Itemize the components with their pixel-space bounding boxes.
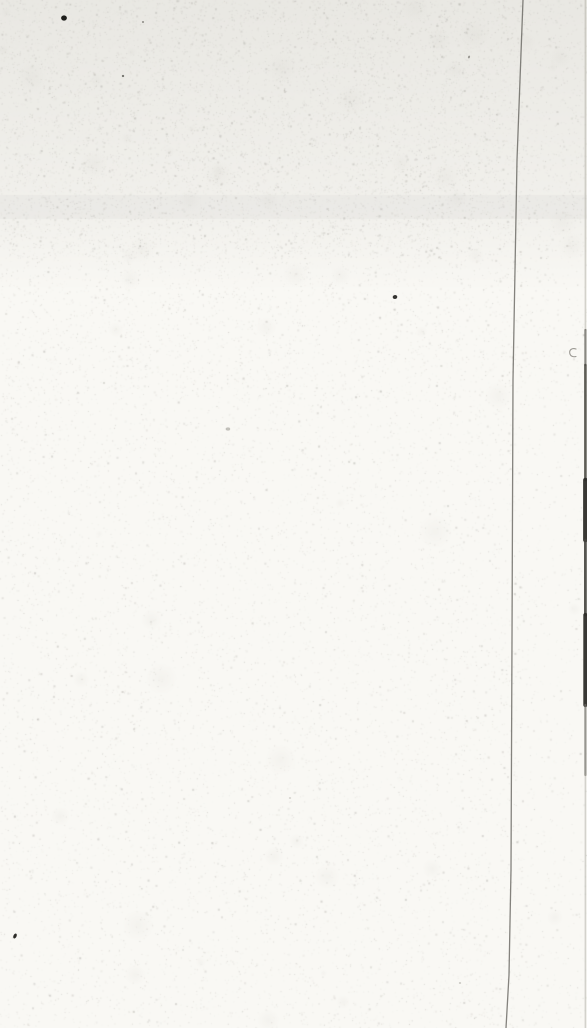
scanned-blank-page: Blank page of an old scanned book: off-w… <box>0 0 587 1028</box>
curl-pen-mark <box>570 349 576 357</box>
tiny-speck <box>459 982 461 984</box>
tiny-speck <box>289 797 291 799</box>
ink-comma <box>12 933 17 939</box>
scan-artifact-layer <box>0 0 587 1028</box>
tiny-speck <box>468 55 471 58</box>
tiny-speck <box>122 75 124 77</box>
ink-dot <box>61 15 67 20</box>
page-fold-line <box>506 0 523 1028</box>
ink-speck <box>392 294 397 299</box>
faint-smudge <box>226 427 230 430</box>
tiny-speck <box>142 21 144 23</box>
